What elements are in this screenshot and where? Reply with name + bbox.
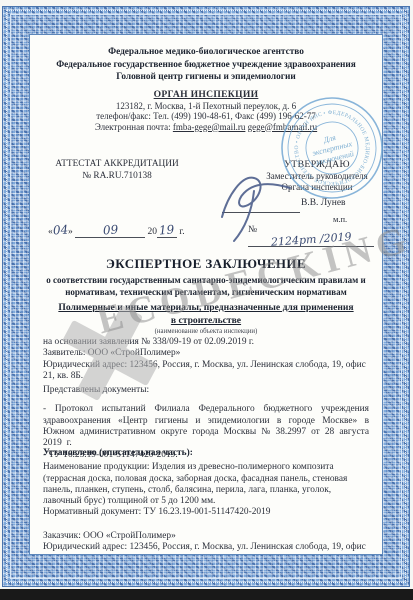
- normative-doc: Нормативный документ: ТУ 16.23.19-001-51…: [43, 507, 369, 518]
- email-address-1: fmba-gege@mail.ru: [173, 122, 246, 132]
- handwritten-year: 19: [159, 224, 175, 235]
- letterhead: Федеральное медико-биологическое агентст…: [30, 46, 382, 84]
- year-suffix: г.: [179, 227, 184, 237]
- document-title: ЭКСПЕРТНОЕ ЗАКЛЮЧЕНИЕ: [30, 256, 382, 272]
- date-field: «04» 09 2019 г.: [48, 225, 185, 238]
- doc-protocol: - Протокол испытаний Филиала Федеральног…: [43, 404, 369, 449]
- year-prefix: 20: [148, 227, 158, 237]
- object-line-2: в строительстве: [30, 315, 382, 328]
- accreditation-block: АТТЕСТАТ АККРЕДИТАЦИИ № RA.RU.710138: [46, 159, 188, 182]
- subtitle-line-2: нормативам, техническим регламентам, гиг…: [30, 287, 382, 299]
- body-section-1: на основании заявления № 338/09-19 от 02…: [43, 337, 369, 461]
- accreditation-title: АТТЕСТАТ АККРЕДИТАЦИИ: [46, 159, 188, 171]
- seal-place-abbr: м.п.: [333, 214, 347, 224]
- customer-address: Юридический адрес: 123456, Россия, г. Мо…: [43, 542, 369, 553]
- object-caption: (наименование объекта инспекции): [30, 328, 382, 335]
- docs-heading: Представлены документы:: [43, 385, 369, 396]
- center-name: Головной центр гигиены и эпидемиологии: [30, 71, 382, 84]
- handwritten-day: 04: [52, 224, 68, 235]
- email-label: Электронная почта:: [95, 122, 171, 132]
- date-number-row: «04» 09 2019 г. №2124рт /2019: [30, 225, 382, 239]
- scanned-certificate: { "colors": { "border_blue": "#7fa9da", …: [0, 0, 413, 600]
- photo-bottom-edge: [0, 589, 413, 600]
- document-subtitle: о соответствии государственным санитарно…: [30, 275, 382, 298]
- institution-name: Федеральное государственное бюджетное уч…: [30, 59, 382, 72]
- inspection-object: Полимерные и иные материалы, предназначе…: [30, 302, 382, 327]
- applicant-line: Заявитель: ООО «СтройПолимер»: [43, 348, 369, 359]
- body-section-2: Установлено (описательная часть): Наимен…: [43, 448, 369, 553]
- legal-address: Юридический адрес: 123456, Россия, г. Мо…: [43, 360, 369, 383]
- established-heading: Установлено (описательная часть):: [43, 448, 369, 459]
- signature-icon: [208, 165, 328, 245]
- product-description: Наименование продукции: Изделия из древе…: [43, 462, 369, 507]
- accreditation-number: № RA.RU.710138: [46, 171, 188, 183]
- subtitle-line-1: о соответствии государственным санитарно…: [30, 275, 382, 287]
- handwritten-month: 09: [102, 224, 118, 235]
- quote-close: »: [68, 227, 73, 237]
- customer-line: Заказчик: ООО «СтройПолимер»: [43, 531, 369, 542]
- certificate-page: Федеральное медико-биологическое агентст…: [29, 34, 383, 555]
- agency-name: Федеральное медико-биологическое агентст…: [30, 46, 382, 59]
- object-line-1: Полимерные и иные материалы, предназначе…: [30, 302, 382, 315]
- basis-line: на основании заявления № 338/09-19 от 02…: [43, 337, 369, 348]
